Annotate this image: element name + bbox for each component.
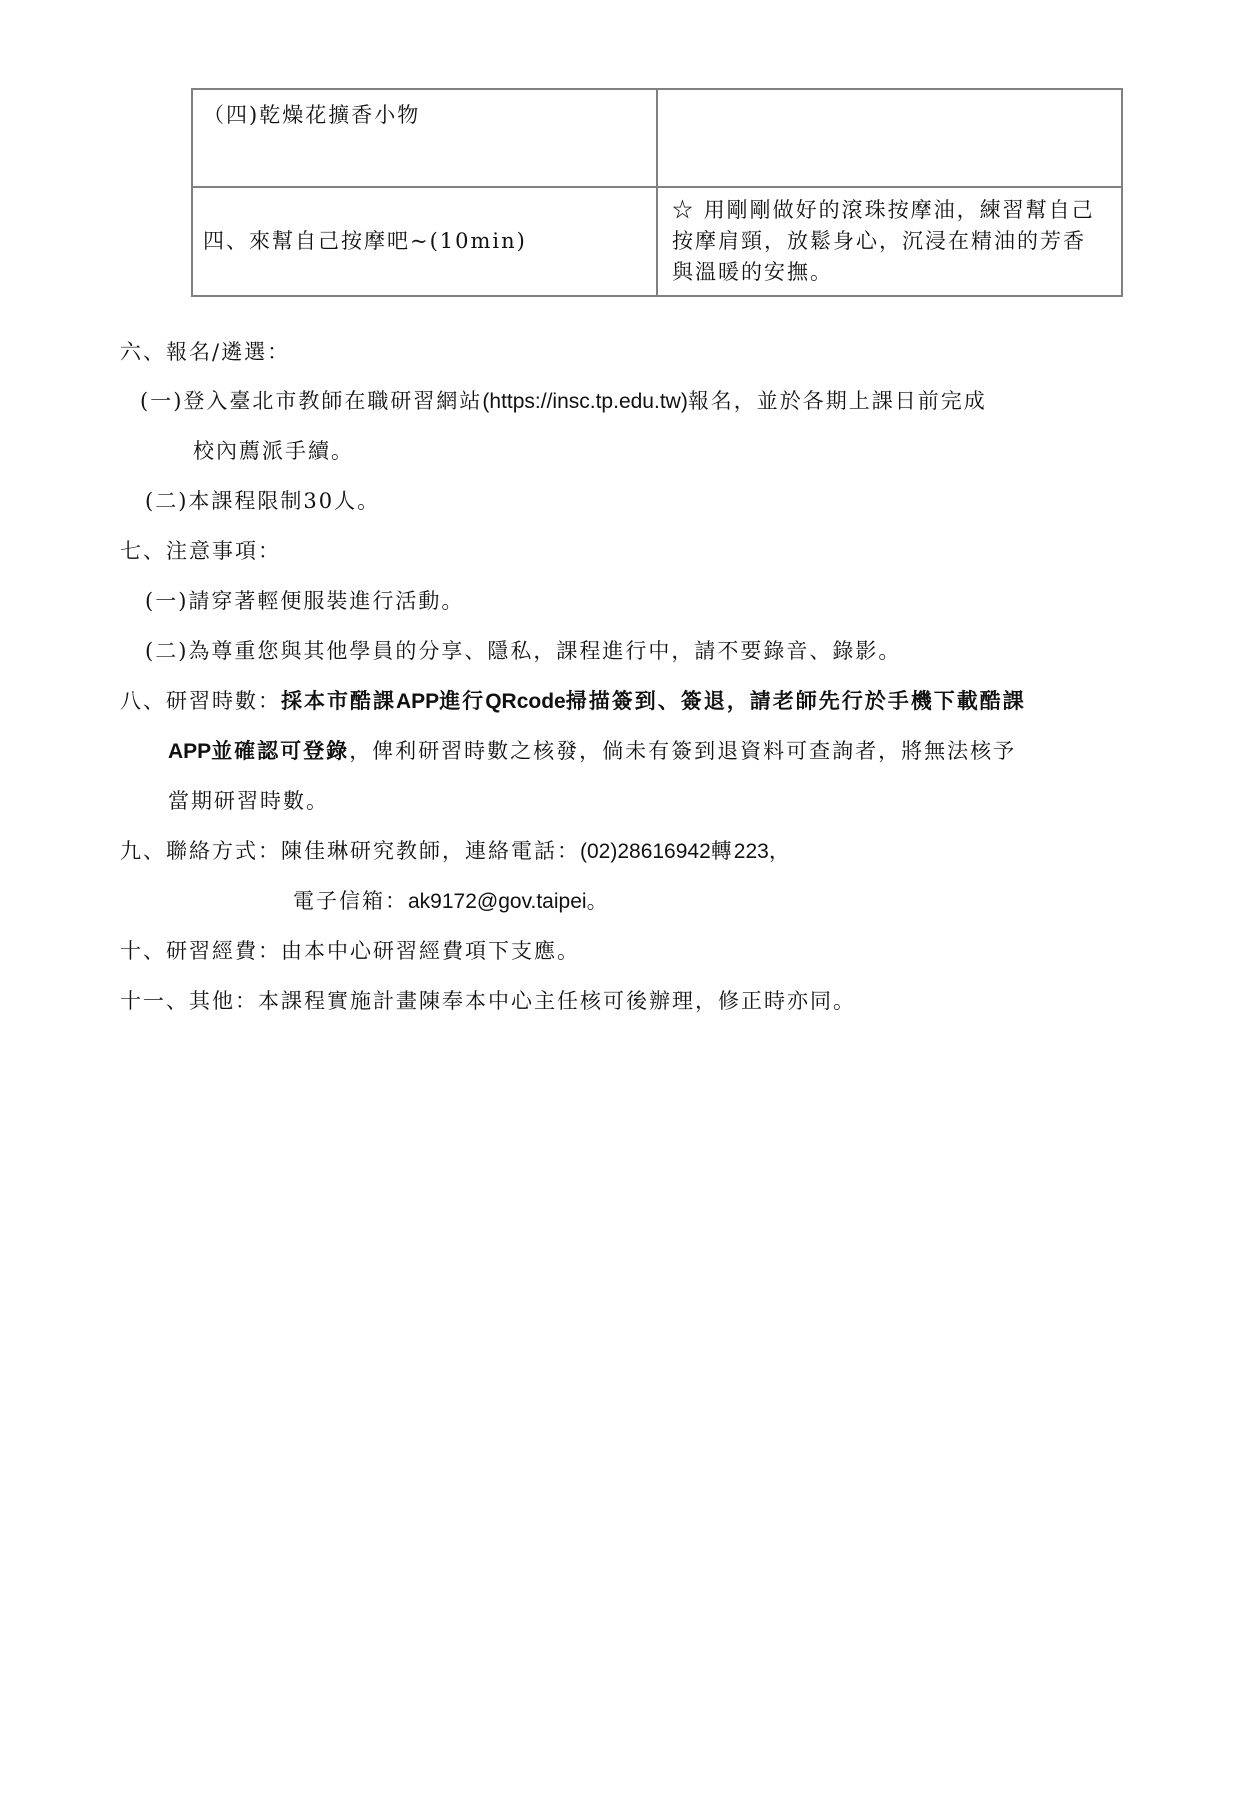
section-eight-line2: APP並確認可登錄，俾利研習時數之核發，倘未有簽到退資料可查詢者，將無法核予 bbox=[168, 736, 1016, 767]
document-page: （四)乾燥花擴香小物 四、來幫自己按摩吧~(10min) ☆ 用剛剛做好的滾珠按… bbox=[0, 0, 1241, 1807]
bold-text: QRcode bbox=[485, 690, 566, 713]
extension: 223 bbox=[734, 840, 769, 863]
section-nine-email: 電子信箱：ak9172@gov.taipei。 bbox=[293, 886, 610, 917]
table-cell-activity: 四、來幫自己按摩吧~(10min) bbox=[192, 187, 657, 296]
section-six-item1: (一)登入臺北市教師在職研習網站(https://insc.tp.edu.tw)… bbox=[140, 386, 987, 417]
label: 八、研習時數： bbox=[120, 689, 281, 713]
section-six-heading: 六、報名/遴選： bbox=[120, 337, 290, 367]
star-icon: ☆ bbox=[672, 198, 695, 222]
text: ， bbox=[769, 839, 792, 863]
bold-text: APP bbox=[396, 690, 439, 713]
text: 報名，並於各期上課日前完成 bbox=[688, 389, 987, 413]
section-nine-contact: 九、聯絡方式：陳佳琳研究教師，連絡電話：(02)28616942轉223， bbox=[120, 836, 792, 867]
text: ，俾利研習時數之核發，倘未有簽到退資料可查詢者，將無法核予 bbox=[349, 739, 1016, 763]
section-six-item2: (二)本課程限制30人。 bbox=[145, 486, 380, 516]
bold-text: 並確認可登錄 bbox=[211, 738, 349, 763]
bold-text: 掃描簽到、簽退，請老師先行於手機下載酷課 bbox=[566, 688, 1026, 713]
phone-number: (02)28616942 bbox=[580, 840, 711, 863]
text: (一)登入臺北市教師在職研習網站 bbox=[140, 389, 482, 413]
section-eight-line3: 當期研習時數。 bbox=[168, 786, 329, 816]
website-url: (https://insc.tp.edu.tw) bbox=[482, 390, 687, 413]
bold-text: APP bbox=[168, 740, 211, 763]
section-seven-item1: (一)請穿著輕便服裝進行活動。 bbox=[145, 586, 464, 616]
table-row: （四)乾燥花擴香小物 bbox=[192, 89, 1122, 187]
bold-text: 採本市酷課 bbox=[281, 688, 396, 713]
email-address: ak9172@gov.taipei bbox=[408, 890, 587, 913]
section-seven-item2: (二)為尊重您與其他學員的分享、隱私，課程進行中，請不要錄音、錄影。 bbox=[145, 636, 901, 666]
label: 電子信箱： bbox=[293, 889, 408, 913]
cell-text: 四、來幫自己按摩吧~(10min) bbox=[203, 229, 527, 253]
section-eight-line1: 八、研習時數：採本市酷課APP進行QRcode掃描簽到、簽退，請老師先行於手機下… bbox=[120, 686, 1026, 717]
cell-text: （四)乾燥花擴香小物 bbox=[203, 103, 420, 127]
table-row: 四、來幫自己按摩吧~(10min) ☆ 用剛剛做好的滾珠按摩油，練習幫自己按摩肩… bbox=[192, 187, 1122, 296]
label: 九、聯絡方式：陳佳琳研究教師，連絡電話： bbox=[120, 839, 580, 863]
section-ten: 十、研習經費：由本中心研習經費項下支應。 bbox=[120, 936, 580, 966]
section-eleven: 十一、其他：本課程實施計畫陳奉本中心主任核可後辦理，修正時亦同。 bbox=[120, 986, 856, 1016]
section-six-item1-cont: 校內薦派手續。 bbox=[193, 436, 354, 466]
bold-text: 進行 bbox=[439, 688, 485, 713]
activity-table: （四)乾燥花擴香小物 四、來幫自己按摩吧~(10min) ☆ 用剛剛做好的滾珠按… bbox=[191, 88, 1123, 297]
text: 。 bbox=[587, 889, 610, 913]
section-seven-heading: 七、注意事項： bbox=[120, 536, 281, 566]
table-cell-activity: （四)乾燥花擴香小物 bbox=[192, 89, 657, 187]
text: 轉 bbox=[711, 839, 734, 863]
table-cell-description bbox=[657, 89, 1122, 187]
table-cell-description: ☆ 用剛剛做好的滾珠按摩油，練習幫自己按摩肩頸，放鬆身心，沉浸在精油的芳香與溫暖… bbox=[657, 187, 1122, 296]
cell-text: 用剛剛做好的滾珠按摩油，練習幫自己按摩肩頸，放鬆身心，沉浸在精油的芳香與溫暖的安… bbox=[672, 198, 1095, 284]
